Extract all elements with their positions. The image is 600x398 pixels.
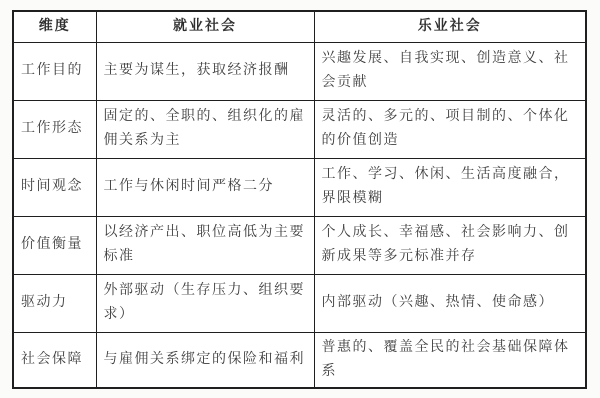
header-row: 维度 就业社会 乐业社会 <box>13 11 586 42</box>
table-row-work-form: 工作形态 固定的、全职的、组织化的雇佣关系为主 灵活的、多元的、项目制的、个体化… <box>13 100 586 158</box>
table-row-work-purpose: 工作目的 主要为谋生，获取经济报酬 兴趣发展、自我实现、创造意义、社会贡献 <box>13 42 586 100</box>
comparison-table: 维度 就业社会 乐业社会 工作目的 主要为谋生，获取经济报酬 兴趣发展、自我实现… <box>12 10 587 389</box>
employment-cell: 主要为谋生，获取经济报酬 <box>96 42 314 100</box>
dimension-cell: 工作目的 <box>13 42 96 100</box>
table-row-time-concept: 时间观念 工作与休闲时间严格二分 工作、学习、休闲、生活高度融合，界限模糊 <box>13 158 586 216</box>
leye-cell: 个人成长、幸福感、社会影响力、创新成果等多元标准并存 <box>314 216 586 274</box>
leye-cell: 普惠的、覆盖全民的社会基础保障体系 <box>314 332 586 388</box>
header-dimension: 维度 <box>13 11 96 42</box>
document-page: 维度 就业社会 乐业社会 工作目的 主要为谋生，获取经济报酬 兴趣发展、自我实现… <box>0 0 600 398</box>
dimension-cell: 价值衡量 <box>13 216 96 274</box>
dimension-cell: 工作形态 <box>13 100 96 158</box>
dimension-cell: 时间观念 <box>13 158 96 216</box>
employment-cell: 以经济产出、职位高低为主要标准 <box>96 216 314 274</box>
leye-cell: 工作、学习、休闲、生活高度融合，界限模糊 <box>314 158 586 216</box>
table-row-social-security: 社会保障 与雇佣关系绑定的保险和福利 普惠的、覆盖全民的社会基础保障体系 <box>13 332 586 388</box>
leye-cell: 内部驱动（兴趣、热情、使命感） <box>314 274 586 332</box>
leye-cell: 灵活的、多元的、项目制的、个体化的价值创造 <box>314 100 586 158</box>
leye-cell: 兴趣发展、自我实现、创造意义、社会贡献 <box>314 42 586 100</box>
table-row-value-measure: 价值衡量 以经济产出、职位高低为主要标准 个人成长、幸福感、社会影响力、创新成果… <box>13 216 586 274</box>
header-employment-society: 就业社会 <box>96 11 314 42</box>
employment-cell: 固定的、全职的、组织化的雇佣关系为主 <box>96 100 314 158</box>
employment-cell: 工作与休闲时间严格二分 <box>96 158 314 216</box>
table-row-driving-force: 驱动力 外部驱动（生存压力、组织要求） 内部驱动（兴趣、热情、使命感） <box>13 274 586 332</box>
employment-cell: 与雇佣关系绑定的保险和福利 <box>96 332 314 388</box>
header-leye-society: 乐业社会 <box>314 11 586 42</box>
employment-cell: 外部驱动（生存压力、组织要求） <box>96 274 314 332</box>
dimension-cell: 社会保障 <box>13 332 96 388</box>
dimension-cell: 驱动力 <box>13 274 96 332</box>
